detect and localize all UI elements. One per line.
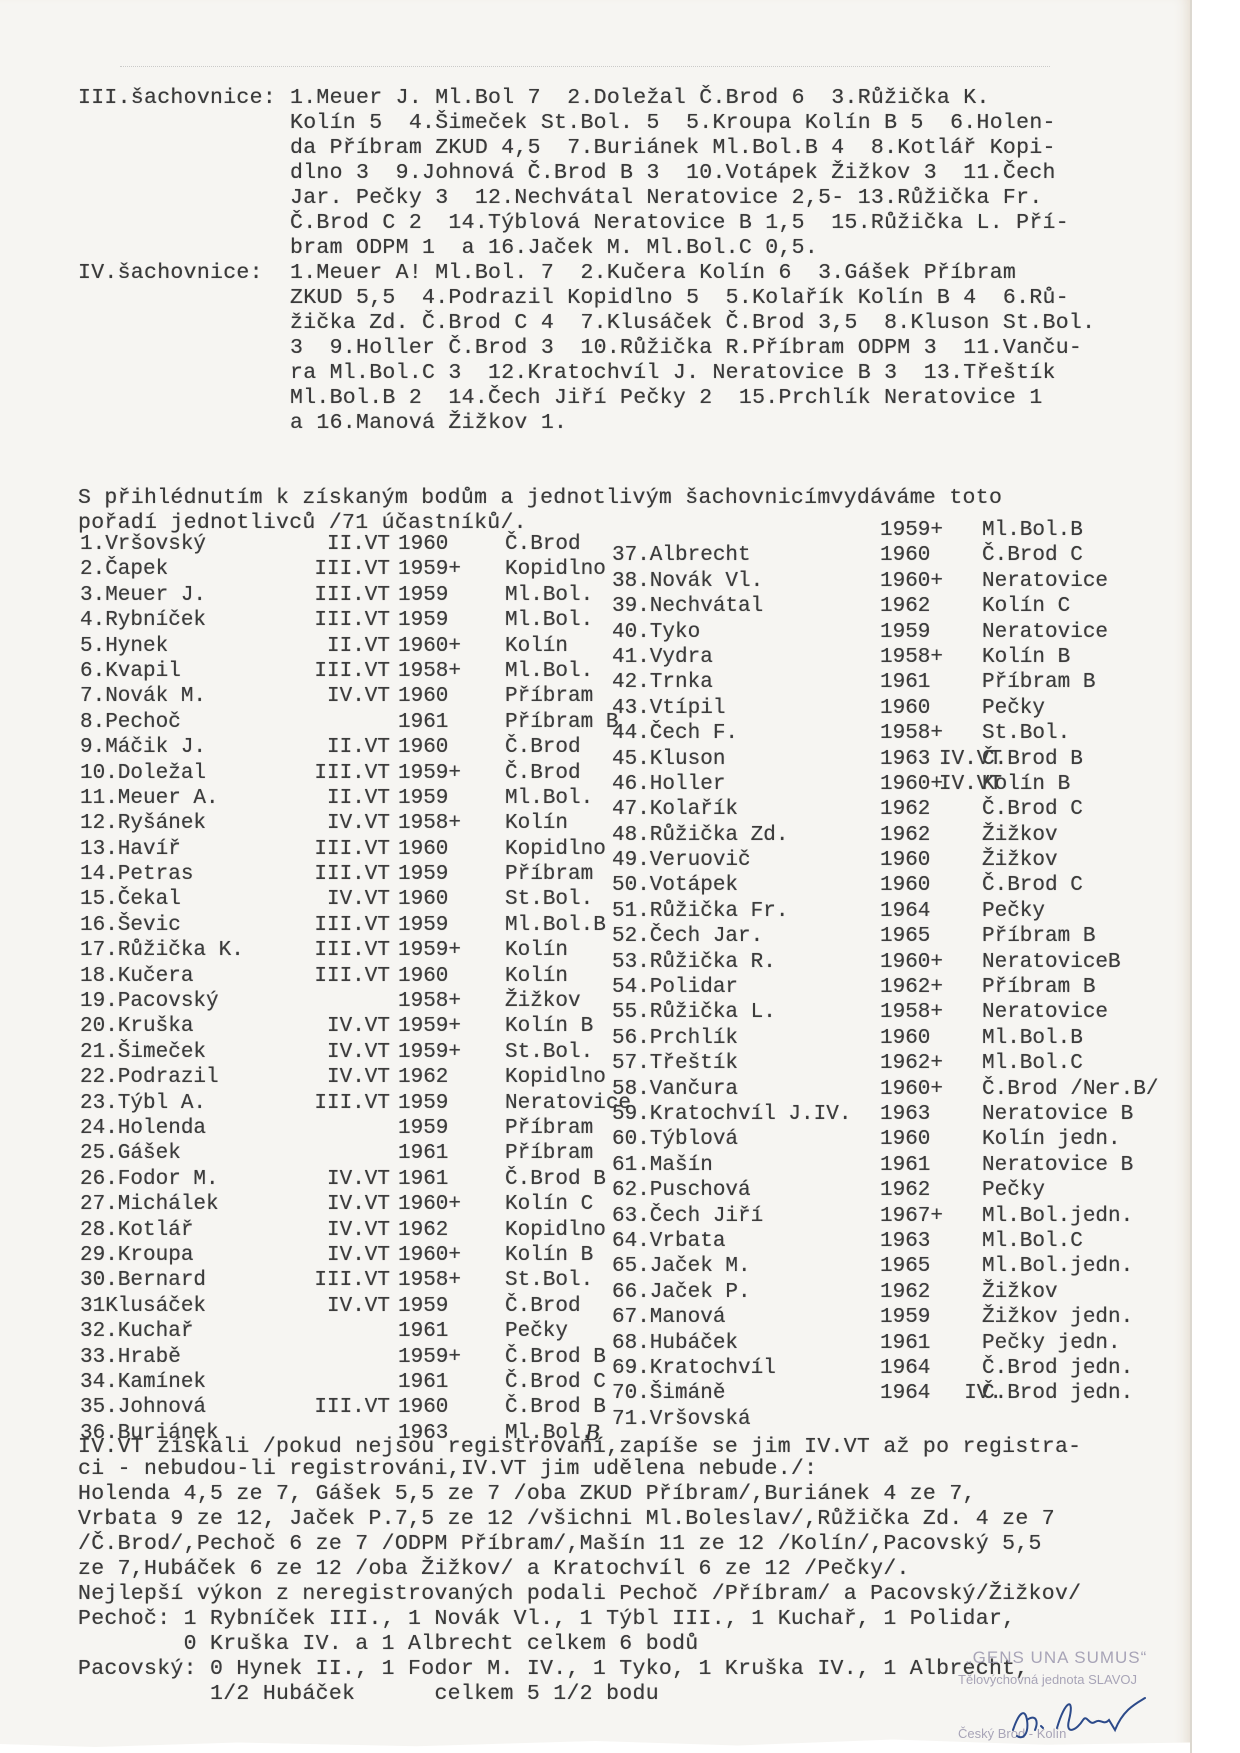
cell-club: Č.Brod jedn.	[982, 1381, 1133, 1406]
cell-club: Č.Brod	[505, 735, 581, 760]
cell-name: 33.Hrabě	[80, 1345, 181, 1370]
cell-vt: III.VT	[270, 608, 390, 633]
text-line: Jar. Pečky 3 12.Nechvátal Neratovice 2,5…	[290, 186, 1043, 211]
cell-club: Č.Brod B	[982, 747, 1083, 772]
cell-year: 1960+	[880, 950, 943, 975]
cell-vt: III.VT	[270, 938, 390, 963]
cell-club: St.Bol.	[505, 1040, 593, 1065]
cell-year: 1960	[880, 696, 930, 721]
cell-name: 8.Pechoč	[80, 710, 181, 735]
cell-vt: III.VT	[270, 913, 390, 938]
cell-name: 65.Jaček M.	[612, 1254, 751, 1279]
cell-year: 1960	[398, 964, 448, 989]
cell-year: 1962+	[880, 975, 943, 1000]
text-line: ra Ml.Bol.C 3 12.Kratochvíl J. Neratovic…	[290, 361, 1056, 386]
scanned-document-page: III.šachovnice: 1.Meuer J. Ml.Bol 7 2.Do…	[0, 0, 1192, 1753]
cell-year: 1963	[880, 1102, 930, 1127]
cell-year: 1958+	[398, 1268, 461, 1293]
cell-name: 68.Hubáček	[612, 1331, 738, 1356]
cell-club: Ml.Bol.	[505, 786, 593, 811]
table-row: 69.Kratochvíl1964Č.Brod jedn.	[612, 1356, 1182, 1381]
cell-year: 1960+	[398, 634, 461, 659]
cell-name: 71.Vršovská	[612, 1407, 751, 1432]
cell-year: 1960	[398, 735, 448, 760]
table-row: 1.VršovskýII.VT1960Č.Brod	[80, 532, 640, 557]
cell-year: 1962	[880, 1280, 930, 1305]
cell-vt: IV.VT	[270, 1040, 390, 1065]
table-row: 11.Meuer A.II.VT1959Ml.Bol.	[80, 786, 640, 811]
table-row: 70.ŠimáněIV.1964Č.Brod jedn.	[612, 1381, 1182, 1406]
cell-club: Kolín	[505, 938, 568, 963]
cell-year: 1958+	[398, 811, 461, 836]
cell-club: Žižkov jedn.	[982, 1305, 1133, 1330]
cell-name: 32.Kuchař	[80, 1319, 193, 1344]
table-row: 45.KlusonIV.VT1963Č.Brod B	[612, 747, 1182, 772]
table-row: 32.Kuchař1961Pečky	[80, 1319, 640, 1344]
table-row: 9.Máčik J.II.VT1960Č.Brod	[80, 735, 640, 760]
cell-club: Pečky	[982, 1178, 1045, 1203]
table-row: 37.Albrecht1960Č.Brod C	[612, 543, 1182, 568]
table-row: 30.BernardIII.VT1958+St.Bol.	[80, 1268, 640, 1293]
cell-name: 52.Čech Jar.	[612, 924, 763, 949]
text-line: Kolín 5 4.Šimeček St.Bol. 5 5.Kroupa Kol…	[290, 111, 1056, 136]
cell-vt: II.VT	[270, 634, 390, 659]
table-row: 61.Mašín1961Neratovice B	[612, 1153, 1182, 1178]
cell-vt: III.VT	[270, 837, 390, 862]
cell-vt: IV.VT	[270, 1218, 390, 1243]
cell-vt: III.VT	[270, 862, 390, 887]
table-row: 44.Čech F.1958+St.Bol.	[612, 721, 1182, 746]
cell-year: 1959	[880, 1305, 930, 1330]
cell-vt: IV.VT	[270, 1243, 390, 1268]
cell-year: 1960+	[398, 1243, 461, 1268]
cell-club: Kolín B	[505, 1243, 593, 1268]
table-row: 5.HynekII.VT1960+Kolín	[80, 634, 640, 659]
cell-year: 1960	[880, 1026, 930, 1051]
cell-vt: II.VT	[270, 735, 390, 760]
table-row: 29.KroupaIV.VT1960+Kolín B	[80, 1243, 640, 1268]
cell-year: 1960	[880, 543, 930, 568]
cell-year: 1964	[880, 1381, 930, 1406]
cell-vt: III.VT	[270, 583, 390, 608]
cell-vt: IV.VT	[270, 887, 390, 912]
cell-year: 1960	[398, 532, 448, 557]
table-row: 6.KvapilIII.VT1958+Ml.Bol.	[80, 659, 640, 684]
cell-club: Neratovice	[982, 569, 1108, 594]
table-row: 56.Prchlík1960Ml.Bol.B	[612, 1026, 1182, 1051]
cell-club: Pečky	[982, 696, 1045, 721]
cell-year: 1958+	[880, 721, 943, 746]
cell-year: 1959+	[398, 761, 461, 786]
cell-name: 35.Johnová	[80, 1395, 206, 1420]
cell-club: Kolín	[505, 964, 568, 989]
cell-club: Pečky	[982, 899, 1045, 924]
cell-vt: IV.	[752, 1381, 1002, 1406]
cell-name: 47.Kolařík	[612, 797, 738, 822]
cell-club: Č.Brod C	[982, 543, 1083, 568]
cell-club: Pečky	[505, 1319, 568, 1344]
cell-name: 39.Nechvátal	[612, 594, 763, 619]
cell-club: Č.Brod	[505, 761, 581, 786]
cell-name: 20.Kruška	[80, 1014, 193, 1039]
cell-name: 3.Meuer J.	[80, 583, 206, 608]
table-row: 18.KučeraIII.VT1960Kolín	[80, 964, 640, 989]
cell-name: 9.Máčik J.	[80, 735, 206, 760]
text-line: S přihlédnutím k získaným bodům a jednot…	[78, 486, 1002, 511]
text-line: Pechoč: 1 Rybníček III., 1 Novák Vl., 1 …	[78, 1607, 1015, 1632]
cell-club: Žižkov	[982, 848, 1058, 873]
cell-name: 16.Ševic	[80, 913, 181, 938]
cell-year: 1960	[398, 1395, 448, 1420]
table-row: 23.Týbl A.III.VT1959Neratovice	[80, 1091, 640, 1116]
table-row: 42.Trnka1961Příbram B	[612, 670, 1182, 695]
cell-club: St.Bol.	[982, 721, 1070, 746]
cell-name: 46.Holler	[612, 772, 725, 797]
table-row: 64.Vrbata1963Ml.Bol.C	[612, 1229, 1182, 1254]
cell-name: 67.Manová	[612, 1305, 725, 1330]
table-row: 39.Nechvátal1962Kolín C	[612, 594, 1182, 619]
table-row: 3.Meuer J.III.VT1959Ml.Bol.	[80, 583, 640, 608]
table-row: 35.JohnováIII.VT1960Č.Brod B	[80, 1395, 640, 1420]
handwritten-signature	[1005, 1690, 1155, 1745]
cell-year: 1960	[880, 848, 930, 873]
cell-year: 1961	[398, 1319, 448, 1344]
cell-year: 1959	[398, 583, 448, 608]
text-line: bram ODPM 1 a 16.Jaček M. Ml.Bol.C 0,5.	[290, 236, 818, 261]
table-row: 25.Gášek1961Příbram	[80, 1141, 640, 1166]
table-row: 71.Vršovská	[612, 1407, 1182, 1432]
cell-name: 27.Michálek	[80, 1192, 219, 1217]
cell-year: 1961	[880, 1153, 930, 1178]
cell-club: Pečky jedn.	[982, 1331, 1121, 1356]
text-line: dlno 3 9.Johnová Č.Brod B 3 10.Votápek Ž…	[290, 161, 1056, 186]
section-label: III.šachovnice:	[78, 86, 276, 111]
cell-vt: IV.VT	[270, 1294, 390, 1319]
cell-club: Příbram	[505, 684, 593, 709]
cell-vt: III.VT	[270, 557, 390, 582]
cell-club: Žižkov	[982, 1280, 1058, 1305]
cell-name: 55.Růžička L.	[612, 1000, 776, 1025]
cell-club: Neratovice B	[982, 1153, 1133, 1178]
cell-name: 61.Mašín	[612, 1153, 713, 1178]
cell-name: 10.Doležal	[80, 761, 206, 786]
text-line: da Příbram ZKUD 4,5 7.Buriánek Ml.Bol.B …	[290, 136, 1056, 161]
table-row: 50.Votápek1960Č.Brod C	[612, 873, 1182, 898]
cell-name: 30.Bernard	[80, 1268, 206, 1293]
cell-club: Žižkov	[982, 823, 1058, 848]
table-row: 8.Pechoč1961Příbram B	[80, 710, 640, 735]
cell-club: Č.Brod B	[505, 1345, 606, 1370]
cell-vt: III.VT	[270, 761, 390, 786]
cell-year: 1965	[880, 924, 930, 949]
cell-club: Kolín	[505, 634, 568, 659]
table-row: 52.Čech Jar.1965Příbram B	[612, 924, 1182, 949]
cell-year: 1964	[880, 1356, 930, 1381]
table-row: 16.ŠevicIII.VT1959Ml.Bol.B	[80, 913, 640, 938]
cell-name: 44.Čech F.	[612, 721, 738, 746]
text-line: Pacovský: 0 Hynek II., 1 Fodor M. IV., 1…	[78, 1657, 1029, 1682]
table-row: 14.PetrasIII.VT1959Příbram	[80, 862, 640, 887]
cell-name: 22.Podrazil	[80, 1065, 219, 1090]
cell-name: 54.Polidar	[612, 975, 738, 1000]
cell-name: 50.Votápek	[612, 873, 738, 898]
cell-club: Ml.Bol.B	[982, 1026, 1083, 1051]
cell-vt: IV.VT	[270, 1192, 390, 1217]
cell-year: 1963	[880, 747, 930, 772]
cell-name: 53.Růžička R.	[612, 950, 776, 975]
cell-vt: IV.VT	[270, 1065, 390, 1090]
text-line: Holenda 4,5 ze 7, Gášek 5,5 ze 7 /oba ZK…	[78, 1482, 976, 1507]
table-row: 26.Fodor M.IV.VT1961Č.Brod B	[80, 1167, 640, 1192]
cell-name: 63.Čech Jiří	[612, 1204, 763, 1229]
text-line: /Č.Brod/,Pechoč 6 ze 7 /ODPM Příbram/,Ma…	[78, 1532, 1042, 1557]
cell-club: Kolín C	[982, 594, 1070, 619]
cell-year: 1959+	[398, 1040, 461, 1065]
cell-name: 15.Čekal	[80, 887, 181, 912]
cell-year: 1960	[398, 684, 448, 709]
cell-vt: II.VT	[270, 786, 390, 811]
table-row: 59.Kratochvíl J.IV.1963Neratovice B	[612, 1102, 1182, 1127]
cell-club: Č.Brod C	[982, 873, 1083, 898]
cell-vt: IV.VT	[270, 811, 390, 836]
cell-name: 12.Ryšánek	[80, 811, 206, 836]
cell-club: Č.Brod	[505, 1294, 581, 1319]
cell-name: 43.Vtípil	[612, 696, 725, 721]
cell-club: Příbram B	[982, 670, 1095, 695]
cell-name: 28.Kotlář	[80, 1218, 193, 1243]
table-row: 7.Novák M.IV.VT1960Příbram	[80, 684, 640, 709]
cell-year: 1962	[398, 1218, 448, 1243]
cell-name: 23.Týbl A.	[80, 1091, 206, 1116]
cell-name: 29.Kroupa	[80, 1243, 193, 1268]
cell-name: 17.Růžička K.	[80, 938, 244, 963]
cell-year: 1967+	[880, 1204, 943, 1229]
table-row: 22.PodrazilIV.VT1962Kopidlno	[80, 1065, 640, 1090]
cell-year: 1962	[880, 594, 930, 619]
cell-year: 1960+	[880, 772, 943, 797]
text-line: žička Zd. Č.Brod C 4 7.Klusáček Č.Brod 3…	[290, 311, 1095, 336]
cell-club: Č.Brod	[505, 532, 581, 557]
table-row: 33.Hrabě1959+Č.Brod B	[80, 1345, 640, 1370]
table-row: 2.ČapekIII.VT1959+Kopidlno	[80, 557, 640, 582]
cell-year: 1964	[880, 899, 930, 924]
cell-year: 1962	[880, 797, 930, 822]
cell-name: 37.Albrecht	[612, 543, 751, 568]
cell-name: 2.Čapek	[80, 557, 168, 582]
cell-year: 1960	[398, 887, 448, 912]
cell-club: Příbram B	[982, 924, 1095, 949]
cell-year: 1959	[398, 608, 448, 633]
text-line: 1.Meuer A! Ml.Bol. 7 2.Kučera Kolín 6 3.…	[290, 261, 1016, 286]
cell-vt: IV.VT	[270, 684, 390, 709]
cell-vt: IV.VT	[752, 772, 1002, 797]
cell-year: 1959+	[398, 1014, 461, 1039]
cell-club: Kolín	[505, 811, 568, 836]
cell-club: Ml.Bol.	[505, 659, 593, 684]
table-row: 48.Růžička Zd.1962Žižkov	[612, 823, 1182, 848]
table-row: 21.ŠimečekIV.VT1959+St.Bol.	[80, 1040, 640, 1065]
cell-club: Příbram B	[505, 710, 618, 735]
cell-club: NeratoviceB	[982, 950, 1121, 975]
cell-name: 48.Růžička Zd.	[612, 823, 788, 848]
cell-year: 1959+	[398, 938, 461, 963]
cell-club: St.Bol.	[505, 1268, 593, 1293]
cell-club: Kolín B	[982, 645, 1070, 670]
cell-club: Neratovice	[982, 1000, 1108, 1025]
cell-year: 1959	[398, 1091, 448, 1116]
cell-vt: IV.VT	[270, 1014, 390, 1039]
cell-year: 1959+	[880, 518, 943, 543]
text-line: Vrbata 9 ze 12, Jaček P.7,5 ze 12 /všich…	[78, 1507, 1055, 1532]
cell-club: Ml.Bol.B	[505, 913, 606, 938]
cell-name: 25.Gášek	[80, 1141, 181, 1166]
cell-name: 7.Novák M.	[80, 684, 206, 709]
cell-name: 60.Týblová	[612, 1127, 738, 1152]
table-row: 12.RyšánekIV.VT1958+Kolín	[80, 811, 640, 836]
table-row: 27.MichálekIV.VT1960+Kolín C	[80, 1192, 640, 1217]
cell-year: 1963	[880, 1229, 930, 1254]
text-line: a 16.Manová Žižkov 1.	[290, 411, 567, 436]
text-line: ze 7,Hubáček 6 ze 12 /oba Žižkov/ a Krat…	[78, 1557, 910, 1582]
cell-name: 58.Vančura	[612, 1077, 738, 1102]
cell-club: Ml.Bol.C	[982, 1051, 1083, 1076]
table-row: 68.Hubáček1961Pečky jedn.	[612, 1331, 1182, 1356]
table-row: 49.Veruovič1960Žižkov	[612, 848, 1182, 873]
cell-year: 1959+	[398, 557, 461, 582]
cell-club: Č.Brod /Ner.B/	[982, 1077, 1158, 1102]
cell-name: 26.Fodor M.	[80, 1167, 219, 1192]
cell-name: 56.Prchlík	[612, 1026, 738, 1051]
table-row: 60.Týblová1960Kolín jedn.	[612, 1127, 1182, 1152]
cell-club: Ml.Bol.B	[982, 518, 1083, 543]
cell-name: 59.Kratochvíl J.IV.	[612, 1102, 851, 1127]
cell-name: 1.Vršovský	[80, 532, 206, 557]
cell-name: 42.Trnka	[612, 670, 713, 695]
cell-vt: III.VT	[270, 1395, 390, 1420]
cell-club: Žižkov	[505, 989, 581, 1014]
cell-club: Ml.Bol.	[505, 583, 593, 608]
cell-club: Č.Brod jedn.	[982, 1356, 1133, 1381]
text-line: Ml.Bol.B 2 14.Čech Jiří Pečky 2 15.Prchl…	[290, 386, 1043, 411]
cell-club: Neratovice	[982, 620, 1108, 645]
cell-club: Kolín B	[982, 772, 1070, 797]
table-row: 62.Puschová1962Pečky	[612, 1178, 1182, 1203]
cell-name: 70.Šimáně	[612, 1381, 725, 1406]
cell-year: 1958+	[398, 989, 461, 1014]
table-row: 24.Holenda1959Příbram	[80, 1116, 640, 1141]
cell-name: 38.Novák Vl.	[612, 569, 763, 594]
cell-club: Kopidlno	[505, 1065, 606, 1090]
table-row: 31KlusáčekIV.VT1959Č.Brod	[80, 1294, 640, 1319]
cell-year: 1959	[398, 1116, 448, 1141]
table-row: 40.Tyko1959Neratovice	[612, 620, 1182, 645]
cell-year: 1959	[880, 620, 930, 645]
cell-club: Kolín C	[505, 1192, 593, 1217]
cell-year: 1961	[398, 710, 448, 735]
cell-vt: IV.VT	[270, 1167, 390, 1192]
cell-year: 1959	[398, 1294, 448, 1319]
table-row: 63.Čech Jiří1967+Ml.Bol.jedn.	[612, 1204, 1182, 1229]
cell-year: 1959	[398, 862, 448, 887]
cell-name: 6.Kvapil	[80, 659, 181, 684]
table-row: 15.ČekalIV.VT1960St.Bol.	[80, 887, 640, 912]
table-row: 54.Polidar1962+Příbram B	[612, 975, 1182, 1000]
text-line: 1.Meuer J. Ml.Bol 7 2.Doležal Č.Brod 6 3…	[290, 86, 990, 111]
cell-club: Kolín B	[505, 1014, 593, 1039]
table-row: 13.HavířIII.VT1960Kopidlno	[80, 837, 640, 862]
cell-name: 57.Třeštík	[612, 1051, 738, 1076]
cell-club: Č.Brod C	[982, 797, 1083, 822]
cell-year: 1961	[398, 1141, 448, 1166]
table-row: 66.Jaček P.1962Žižkov	[612, 1280, 1182, 1305]
cell-club: Ml.Bol.C	[982, 1229, 1083, 1254]
cell-club: Příbram	[505, 1141, 593, 1166]
cell-year: 1961	[880, 1331, 930, 1356]
cell-name: 14.Petras	[80, 862, 193, 887]
cell-year: 1958+	[880, 645, 943, 670]
cell-year: 1962+	[880, 1051, 943, 1076]
table-row: 41.Vydra1958+Kolín B	[612, 645, 1182, 670]
cell-club: Kopidlno	[505, 557, 606, 582]
cell-club: Č.Brod B	[505, 1167, 606, 1192]
text-line: Č.Brod C 2 14.Týblová Neratovice B 1,5 1…	[290, 211, 1069, 236]
cell-name: 5.Hynek	[80, 634, 168, 659]
cell-name: 69.Kratochvíl	[612, 1356, 776, 1381]
text-line: ZKUD 5,5 4.Podrazil Kopidlno 5 5.Kolařík…	[290, 286, 1069, 311]
cell-club: Kolín jedn.	[982, 1127, 1121, 1152]
cell-name: 11.Meuer A.	[80, 786, 219, 811]
cell-year: 1962	[398, 1065, 448, 1090]
table-row: 55.Růžička L.1958+Neratovice	[612, 1000, 1182, 1025]
table-row: 17.Růžička K.III.VT1959+Kolín	[80, 938, 640, 963]
table-row: 20.KruškaIV.VT1959+Kolín B	[80, 1014, 640, 1039]
cell-year: 1959	[398, 786, 448, 811]
cell-vt: III.VT	[270, 1268, 390, 1293]
table-row: 10.DoležalIII.VT1959+Č.Brod	[80, 761, 640, 786]
cell-club: Kopidlno	[505, 1218, 606, 1243]
standings-left-column: 1.VršovskýII.VT1960Č.Brod2.ČapekIII.VT19…	[80, 532, 640, 1446]
cell-name: 34.Kamínek	[80, 1370, 206, 1395]
cell-year: 1958+	[880, 1000, 943, 1025]
table-row: 4.RybníčekIII.VT1959Ml.Bol.	[80, 608, 640, 633]
cell-club: Neratovice B	[982, 1102, 1133, 1127]
cell-club: Příbram	[505, 1116, 593, 1141]
text-line: ci - nebudou-li registrováni,IV.VT jim u…	[78, 1457, 817, 1482]
cell-name: 49.Veruovič	[612, 848, 751, 873]
table-row: 1959+Ml.Bol.B	[612, 518, 1182, 543]
cell-name: 4.Rybníček	[80, 608, 206, 633]
table-row: 57.Třeštík1962+Ml.Bol.C	[612, 1051, 1182, 1076]
cell-name: 21.Šimeček	[80, 1040, 206, 1065]
cell-club: St.Bol.	[505, 887, 593, 912]
cell-club: Příbram B	[982, 975, 1095, 1000]
cell-name: 13.Havíř	[80, 837, 181, 862]
cell-year: 1965	[880, 1254, 930, 1279]
text-line: 0 Kruška IV. a 1 Albrecht celkem 6 bodů	[78, 1632, 699, 1657]
cell-name: 31Klusáček	[80, 1294, 206, 1319]
table-row: 28.KotlářIV.VT1962Kopidlno	[80, 1218, 640, 1243]
cell-year: 1958+	[398, 659, 461, 684]
cell-name: 51.Růžička Fr.	[612, 899, 788, 924]
cell-vt: III.VT	[270, 659, 390, 684]
cell-name: 24.Holenda	[80, 1116, 206, 1141]
cell-year: 1960	[880, 1127, 930, 1152]
cell-club: Ml.Bol.jedn.	[982, 1204, 1133, 1229]
cell-club: Č.Brod C	[505, 1370, 606, 1395]
cell-year: 1961	[880, 670, 930, 695]
cell-year: 1962	[880, 823, 930, 848]
cell-year: 1960+	[398, 1192, 461, 1217]
